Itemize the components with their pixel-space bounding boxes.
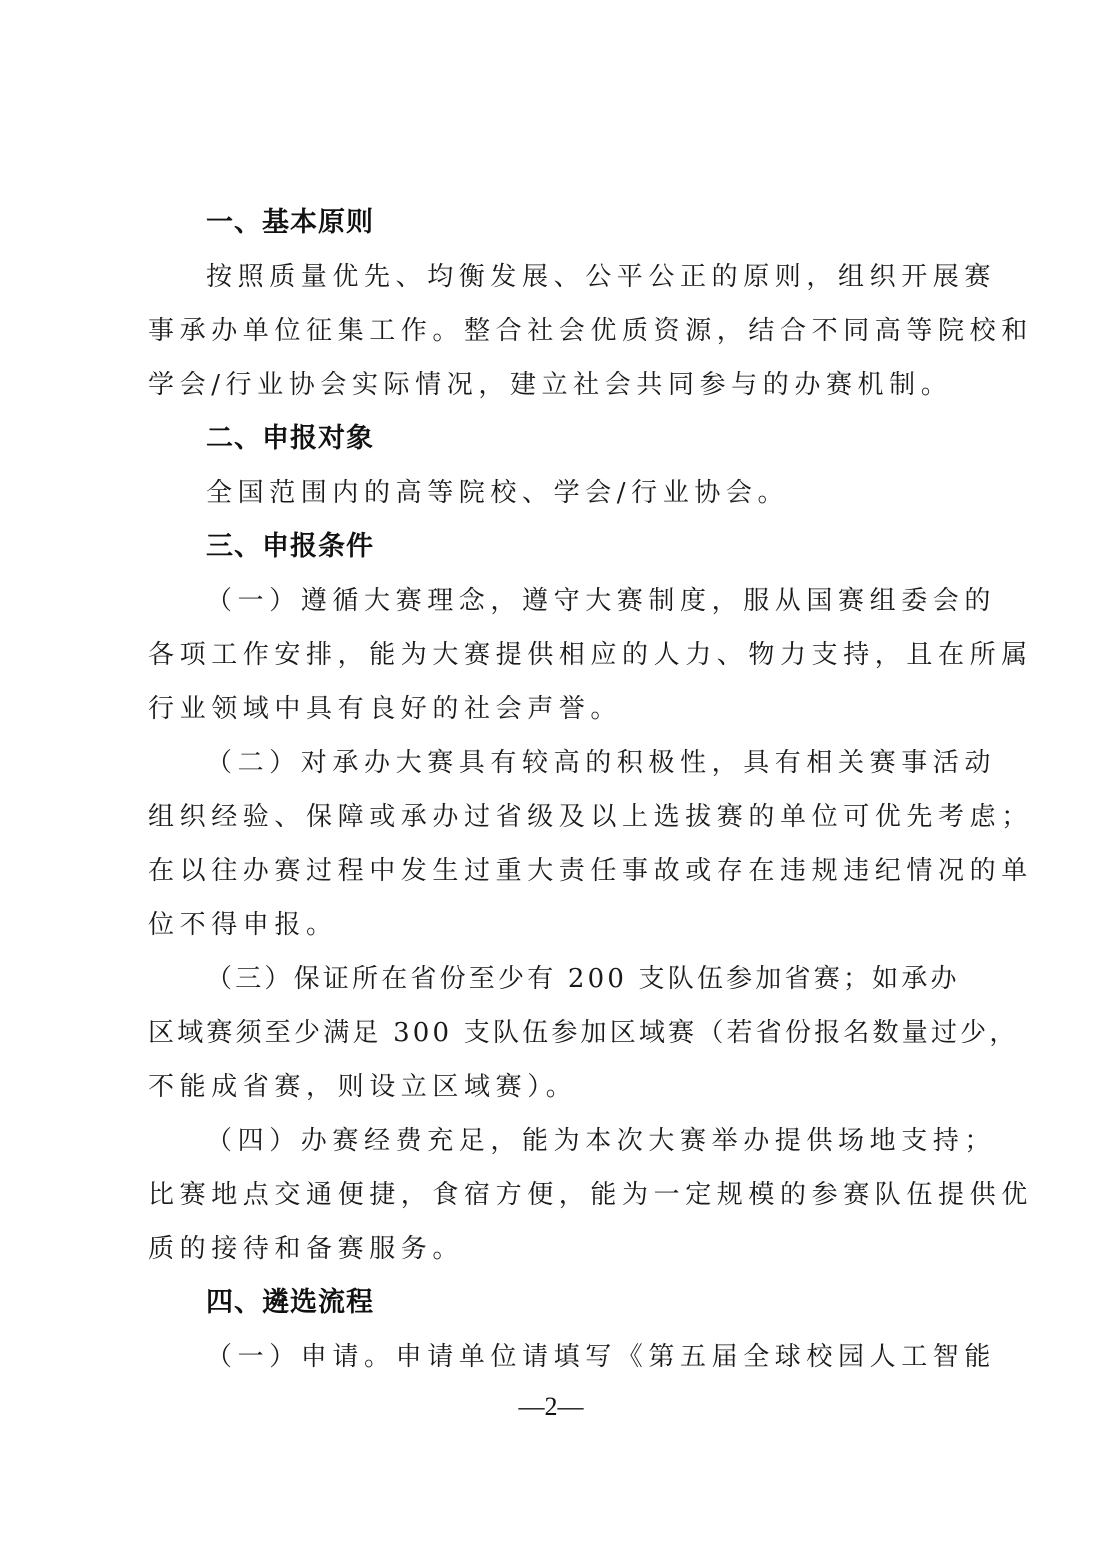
paragraph-line: 全国范围内的高等院校、学会/行业协会。 [148, 466, 968, 520]
paragraph-line: 行业领域中具有良好的社会声誉。 [148, 682, 968, 736]
paragraph-line: 区域赛须至少满足 300 支队伍参加区域赛（若省份报名数量过少， [148, 1006, 968, 1060]
paragraph-line: 比赛地点交通便捷，食宿方便，能为一定规模的参赛队伍提供优 [148, 1168, 968, 1222]
document-page: 一、基本原则 按照质量优先、均衡发展、公平公正的原则，组织开展赛 事承办单位征集… [0, 0, 1102, 1559]
paragraph-line: （四）办赛经费充足，能为本次大赛举办提供场地支持； [148, 1114, 968, 1168]
section-heading-applicants: 二、申报对象 [148, 412, 968, 466]
paragraph-line: 组织经验、保障或承办过省级及以上选拔赛的单位可优先考虑； [148, 790, 968, 844]
paragraph-line: （一）申请。申请单位请填写《第五届全球校园人工智能 [148, 1330, 968, 1384]
paragraph-line: 在以往办赛过程中发生过重大责任事故或存在违规违纪情况的单 [148, 844, 968, 898]
paragraph-line: 按照质量优先、均衡发展、公平公正的原则，组织开展赛 [148, 250, 968, 304]
paragraph-line: （二）对承办大赛具有较高的积极性，具有相关赛事活动 [148, 736, 968, 790]
section-heading-selection-process: 四、遴选流程 [148, 1276, 968, 1330]
paragraph-line: 不能成省赛，则设立区域赛）。 [148, 1060, 968, 1114]
paragraph-line: （一）遵循大赛理念，遵守大赛制度，服从国赛组委会的 [148, 574, 968, 628]
paragraph-line: 质的接待和备赛服务。 [148, 1222, 968, 1276]
document-body: 一、基本原则 按照质量优先、均衡发展、公平公正的原则，组织开展赛 事承办单位征集… [148, 196, 968, 1384]
paragraph-line: 学会/行业协会实际情况，建立社会共同参与的办赛机制。 [148, 358, 968, 412]
paragraph-line: 事承办单位征集工作。整合社会优质资源，结合不同高等院校和 [148, 304, 968, 358]
paragraph-line: 各项工作安排，能为大赛提供相应的人力、物力支持，且在所属 [148, 628, 968, 682]
page-number: —2— [0, 1392, 1102, 1422]
paragraph-line: 位不得申报。 [148, 898, 968, 952]
section-heading-basic-principles: 一、基本原则 [148, 196, 968, 250]
paragraph-line: （三）保证所在省份至少有 200 支队伍参加省赛；如承办 [148, 952, 968, 1006]
section-heading-conditions: 三、申报条件 [148, 520, 968, 574]
